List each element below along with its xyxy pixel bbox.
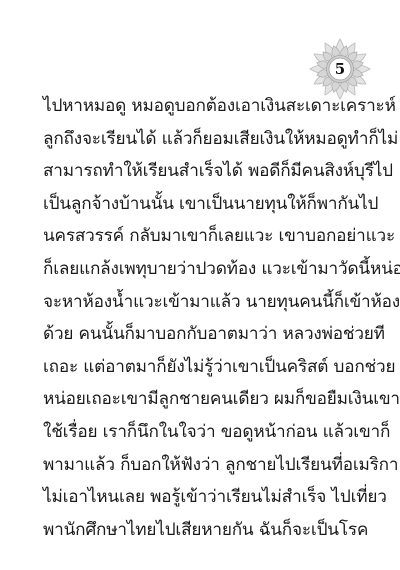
text-line: เถอะ แต่อาตมาก็ยังไม่รู้ว่าเขาเป็นคริสต์… [43,351,361,384]
text-line: นครสวรรค์ กลับมาเขาก็เลยแวะ เขาบอกอย่าแว… [43,220,361,253]
text-line: จะหาห้องน้ำแวะเข้ามาแล้ว นายทุนคนนี้ก็เข… [43,286,361,319]
text-line: ลูกถึงจะเรียนได้ แล้วก็ยอมเสียเงินให้หมอ… [43,123,361,156]
text-line: ใช้เรื่อย เราก็นึกในใจว่า ขอดูหน้าก่อน แ… [43,416,361,449]
text-line: เป็นลูกจ้างบ้านนั้น เขาเป็นนายทุนให้ก็พา… [43,188,361,221]
text-line: ก็เลยแกล้งเพทุบายว่าปวดท้อง แวะเข้ามาวัด… [43,253,361,286]
text-line: พามาแล้ว ก็บอกให้ฟังว่า ลูกชายไปเรียนที่… [43,449,361,482]
text-line: ไม่เอาไหนเลย พอรู้เข้าว่าเรียนไม่สำเร็จ … [43,481,361,514]
text-line: ด้วย คนนั้นก็มาบอกกับอาตมาว่า หลวงพ่อช่ว… [43,318,361,351]
body-text: ไปหาหมอดู หมอดูบอกต้องเอาเงินสะเดาะเคราะ… [43,90,361,546]
text-line: สามารถทำให้เรียนสำเร็จได้ พอดีก็มีคนสิงห… [43,155,361,188]
text-line: พานักศึกษาไทยไปเสียหายกัน ฉันก็จะเป็นโรค [43,514,361,547]
text-line: ไปหาหมอดู หมอดูบอกต้องเอาเงินสะเดาะเคราะ… [43,90,361,123]
text-line: หน่อยเถอะเขามีลูกชายคนเดียว ผมก็ขอยืมเงิ… [43,383,361,416]
